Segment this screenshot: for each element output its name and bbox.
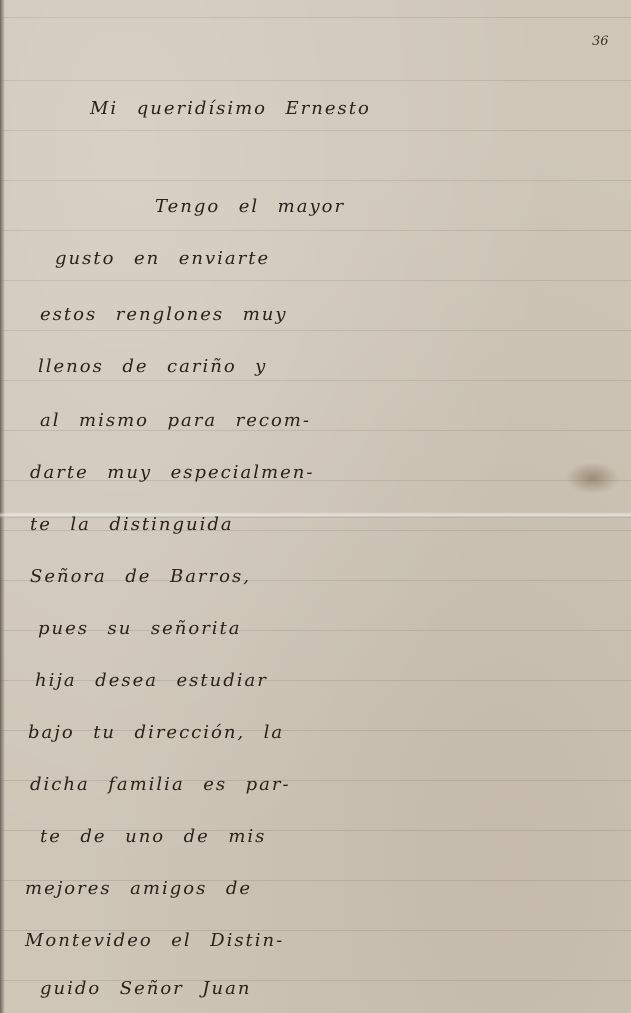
- letter-line: estos renglones muy: [40, 304, 631, 325]
- letter-page: 36 Mi queridísimo Ernesto Tengo el mayor…: [0, 0, 631, 1013]
- letter-line: Montevideo el Distin-: [25, 930, 631, 951]
- page-edge-shadow: [0, 0, 5, 1013]
- letter-line: guido Señor Juan: [40, 978, 631, 999]
- letter-line: bajo tu dirección, la: [28, 722, 631, 743]
- letter-line: dicha familia es par-: [30, 774, 631, 795]
- letter-line: al mismo para recom-: [40, 410, 631, 431]
- letter-line: pues su señorita: [38, 618, 631, 639]
- letter-line: Señora de Barros,: [30, 566, 631, 587]
- letter-line: te de uno de mis: [40, 826, 631, 847]
- letter-line: llenos de cariño y: [38, 356, 631, 377]
- letter-line: te la distinguida: [30, 514, 631, 535]
- letter-line: mejores amigos de: [25, 878, 631, 899]
- letter-line: hija desea estudiar: [35, 670, 631, 691]
- salutation: Mi queridísimo Ernesto: [90, 98, 631, 119]
- letter-line: darte muy especialmen-: [30, 462, 631, 483]
- page-number: 36: [592, 34, 609, 49]
- letter-line: gusto en enviarte: [55, 248, 631, 269]
- letter-line: Tengo el mayor: [155, 196, 631, 217]
